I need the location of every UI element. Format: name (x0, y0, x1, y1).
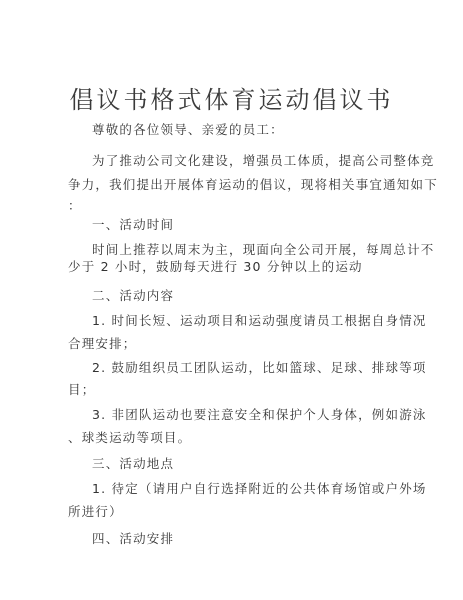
paragraph-line: 时间上推荐以周末为主，现面向全公司开展，每周总计不 (92, 240, 435, 258)
paragraph-line: 为了推动公司文化建设，增强员工体质，提高公司整体竞 (92, 151, 435, 169)
paragraph-line: 争力，我们提出开展体育运动的倡议，现将相关事宜通知如下 (68, 175, 438, 193)
section-heading-location: 三、活动地点 (92, 454, 174, 472)
list-item-continuation: 目； (68, 380, 95, 398)
section-heading-time: 一、活动时间 (92, 215, 174, 233)
list-item: 2. 鼓励组织员工团队运动，比如篮球、足球、排球等项 (92, 358, 427, 376)
list-item: 1. 时间长短、运动项目和运动强度请员工根据自身情况 (92, 311, 427, 329)
document-title: 倡议书格式体育运动倡议书 (0, 80, 463, 115)
list-item-continuation: 所进行） (68, 502, 123, 520)
list-item-continuation: 、球类运动等项目。 (68, 428, 191, 446)
salutation: 尊敬的各位领导、亲爱的员工： (92, 120, 284, 138)
paragraph-line: 少于 2 小时，鼓励每天进行 30 分钟以上的运动 (68, 257, 363, 275)
section-heading-content: 二、活动内容 (92, 286, 174, 304)
list-item: 3. 非团队运动也要注意安全和保护个人身体，例如游泳 (92, 405, 427, 423)
section-heading-arrangement: 四、活动安排 (92, 529, 174, 547)
list-item-continuation: 合理安排； (68, 334, 137, 352)
list-item: 1. 待定（请用户自行选择附近的公共体育场馆或户外场 (92, 479, 427, 497)
paragraph-line: ： (68, 196, 82, 214)
